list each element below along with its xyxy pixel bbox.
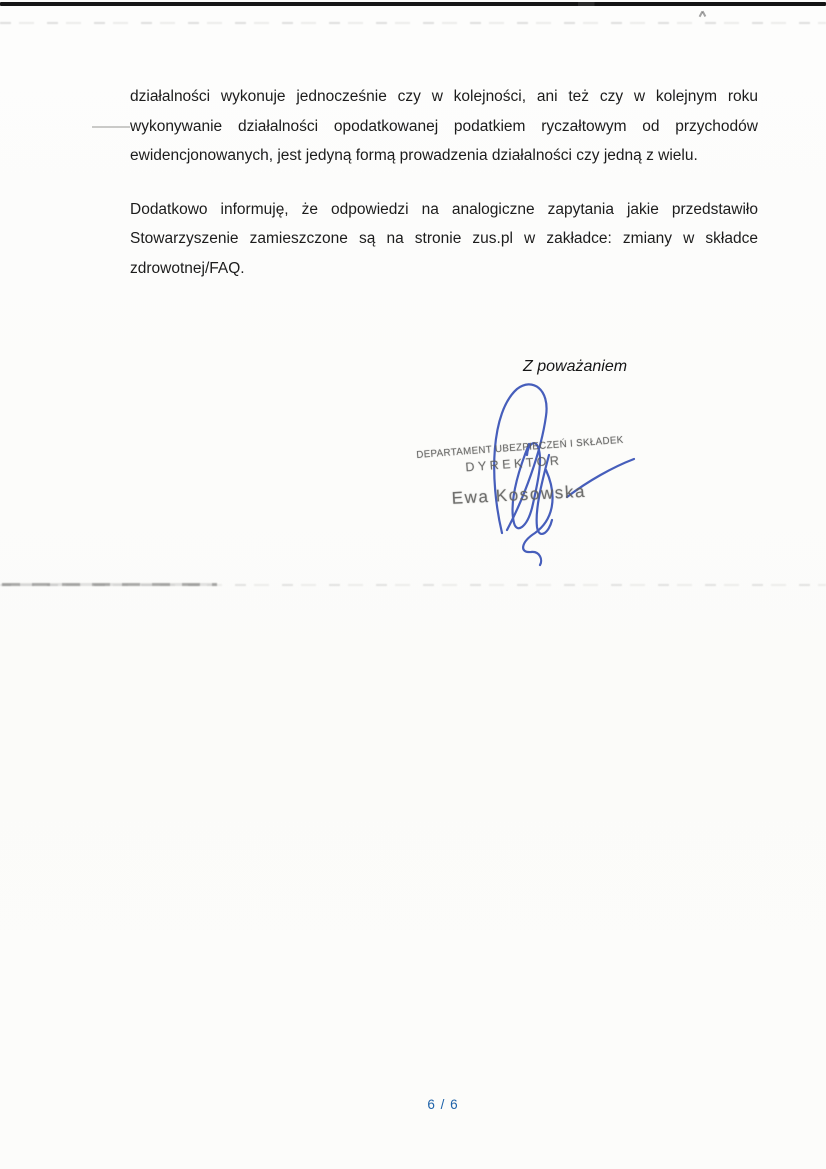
body-paragraph-2: Dodatkowo informuję, że odpowiedzi na an… — [130, 195, 758, 284]
body-paragraph-1: działalności wykonuje jednocześnie czy w… — [130, 82, 758, 171]
scan-speck — [699, 10, 706, 17]
scan-ghost-line-top — [0, 22, 826, 24]
scan-ghost-line-middle-left — [2, 583, 217, 586]
department-stamp: DEPARTAMENT UBEZPIECZEŃ I SKŁADEK DYREKT… — [416, 436, 610, 513]
letter-body: działalności wykonuje jednocześnie czy w… — [130, 82, 758, 307]
scan-artifact-top-line — [0, 2, 826, 6]
page-number: 6 / 6 — [406, 1097, 480, 1112]
scanned-letter-page: działalności wykonuje jednocześnie czy w… — [0, 0, 826, 1169]
scan-margin-dash — [92, 126, 130, 128]
